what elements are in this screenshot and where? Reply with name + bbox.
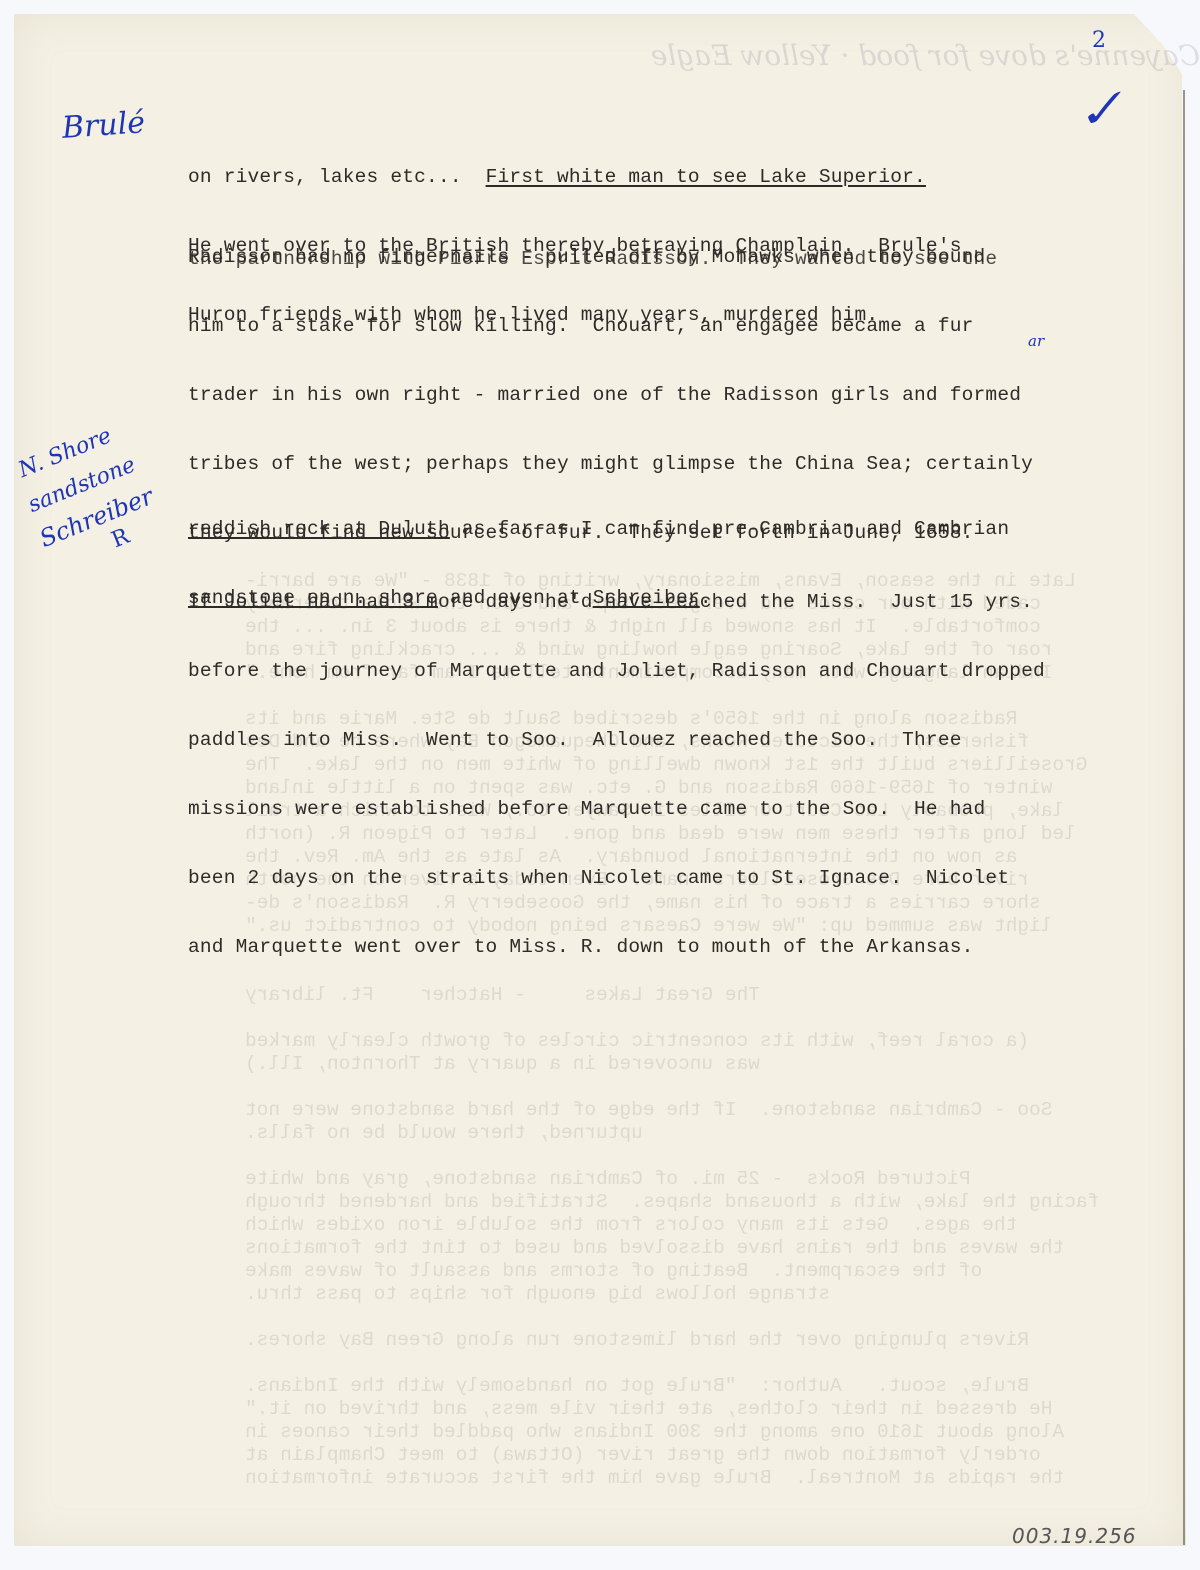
- bleed-through-handwriting: Cayenne's dove for food · Yellow Eagle: [150, 40, 1200, 130]
- accession-number: 003.19.256: [1012, 1524, 1137, 1548]
- underlined-phrase: Schreiber: [593, 587, 700, 609]
- typed-line: him to a stake for slow killing. Chouart…: [188, 315, 1045, 338]
- page-number-mark: 2: [1092, 28, 1106, 53]
- typed-line: before the journey of Marquette and Joli…: [188, 660, 1045, 683]
- typed-line-overstrike: the partnership with Pierre Esprit Radis…: [188, 248, 997, 271]
- typed-line: been 2 days on the straits when Nicolet …: [188, 867, 1045, 890]
- underlined-phrase: sandstone on n. shore: [188, 587, 438, 609]
- typed-line: missions were established before Marquet…: [188, 798, 1045, 821]
- typed-line: trader in his own right - married one of…: [188, 384, 1045, 407]
- margin-note-line: R: [108, 524, 133, 553]
- margin-note-brule: Brulé: [61, 105, 146, 146]
- typed-line: reddish rock at Duluth as far as I can f…: [188, 518, 1009, 541]
- typed-line: paddles into Miss. Went to Soo. Allouez …: [188, 729, 1045, 752]
- underlined-phrase: reddish rock at Duluth: [188, 518, 450, 540]
- underlined-phrase: First white man to see Lake Superior.: [486, 166, 926, 188]
- typed-line: and Marquette went over to Miss. R. down…: [188, 936, 1045, 959]
- paragraph-geology: reddish rock at Duluth as far as I can f…: [188, 472, 1009, 633]
- typed-line: sandstone on n. shore and even at Schrei…: [188, 587, 1009, 610]
- typed-line: on rivers, lakes etc... First white man …: [188, 166, 962, 189]
